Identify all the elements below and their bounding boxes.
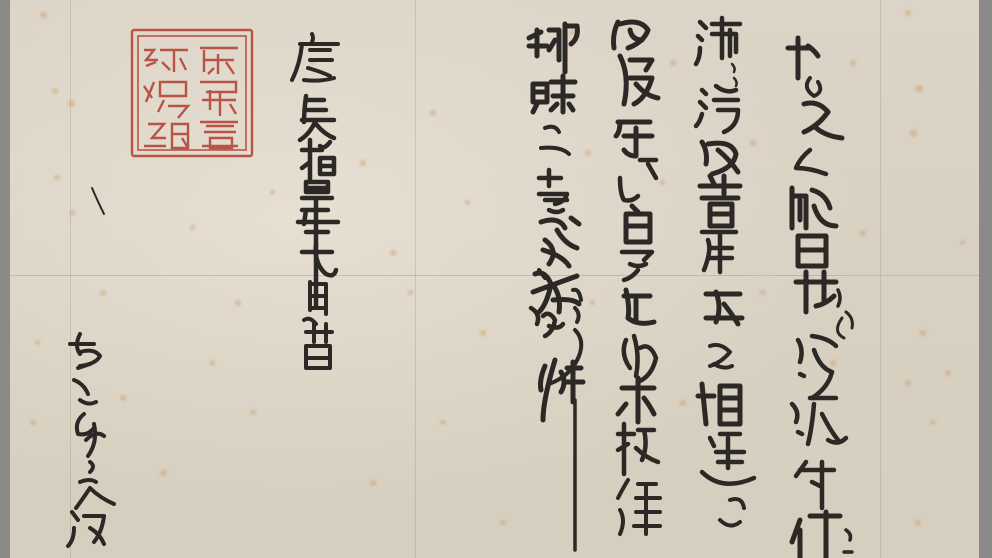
- washi-paper-sheet: れ候船日本へ渡海付: [10, 0, 979, 558]
- vertical-fold-line: [415, 0, 416, 558]
- seal-icon: [130, 28, 254, 158]
- stray-ink-mark: [80, 180, 120, 240]
- vertical-fold-line: [880, 0, 881, 558]
- red-seal-stamp: [130, 28, 254, 158]
- document-viewer: れ候船日本へ渡海付: [0, 0, 992, 558]
